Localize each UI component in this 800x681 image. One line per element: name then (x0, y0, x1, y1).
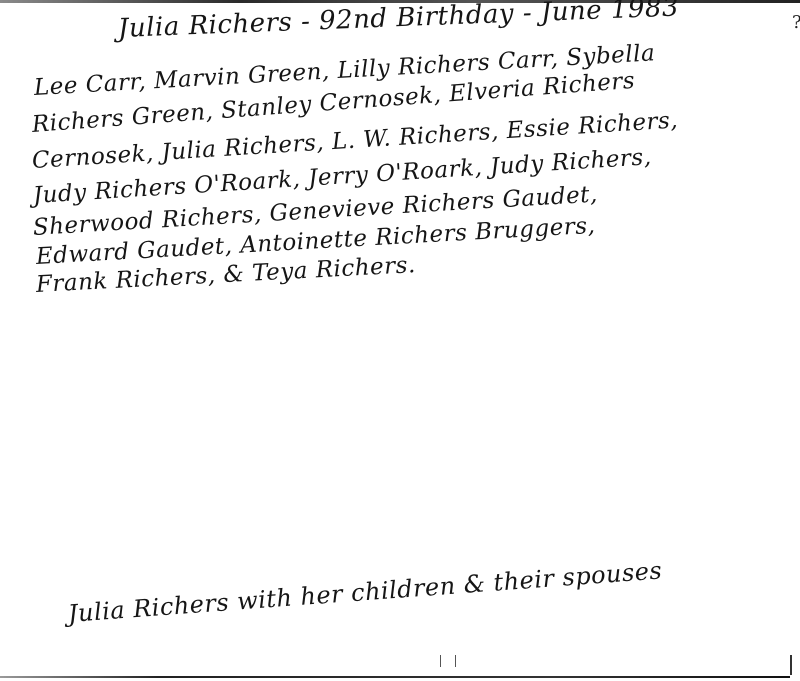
scan-artifact-mark (455, 655, 456, 667)
document-title: Julia Richers - 92nd Birthday - June 198… (117, 0, 679, 44)
scan-bottom-edge (0, 676, 790, 678)
scan-artifact-mark (440, 655, 441, 667)
photo-caption: Julia Richers with her children & their … (67, 556, 663, 628)
corner-mark: ? (792, 12, 800, 33)
scan-right-edge-mark (790, 655, 792, 675)
document-page: Julia Richers - 92nd Birthday - June 198… (0, 0, 800, 681)
